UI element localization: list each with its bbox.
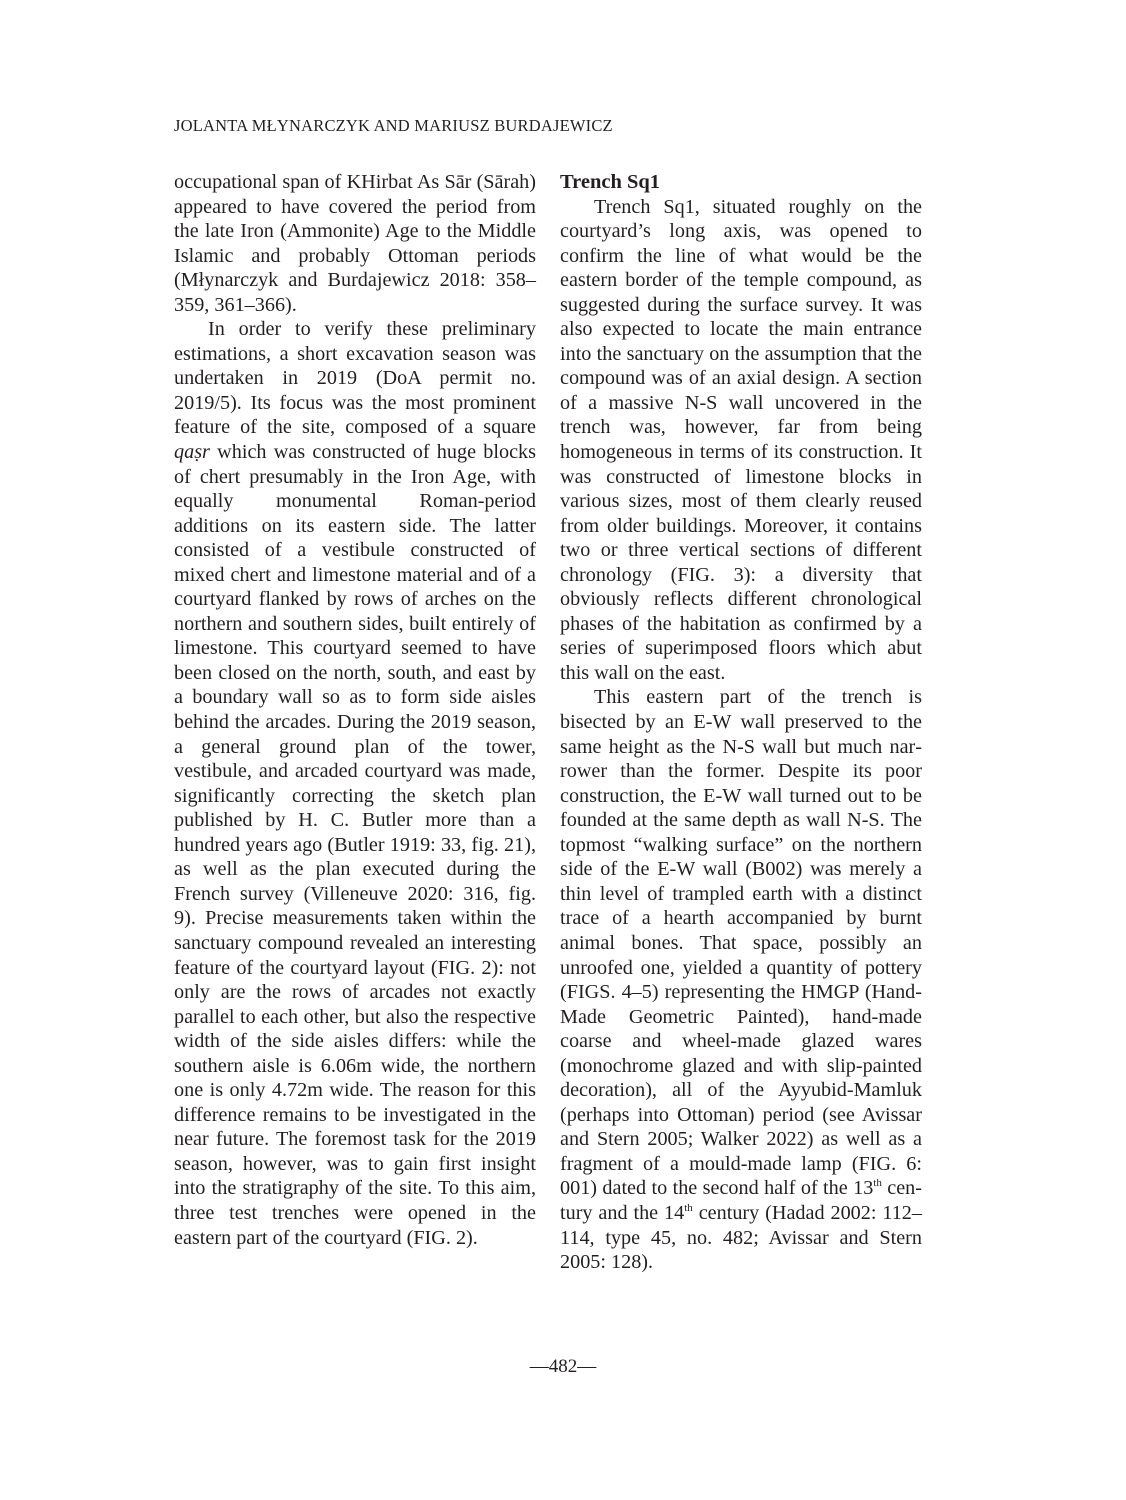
- page-number: —482—: [0, 1356, 1126, 1378]
- paragraph: In order to verify these preliminary est…: [174, 317, 536, 1250]
- superscript: th: [684, 1202, 693, 1214]
- right-column: Trench Sq1 Trench Sq1, situated roughly …: [560, 170, 922, 1275]
- running-head: JOLANTA MŁYNARCZYK AND MARIUSZ BURDAJEWI…: [174, 116, 613, 136]
- italic-term: qaṣr: [174, 441, 210, 463]
- text-run: In order to verify these preliminary est…: [174, 318, 536, 438]
- section-heading: Trench Sq1: [560, 170, 922, 195]
- left-column: occupational span of KHirbat As Sār (Sār…: [174, 170, 536, 1250]
- paragraph: Trench Sq1, situated roughly on the cour…: [560, 195, 922, 686]
- paragraph: occupational span of KHirbat As Sār (Sār…: [174, 170, 536, 317]
- paragraph: This eastern part of the trench is bisec…: [560, 685, 922, 1274]
- text-run: This eastern part of the trench is bisec…: [560, 686, 922, 1199]
- superscript: th: [873, 1177, 882, 1189]
- text-run: which was constructed of huge blocks of …: [174, 441, 536, 1249]
